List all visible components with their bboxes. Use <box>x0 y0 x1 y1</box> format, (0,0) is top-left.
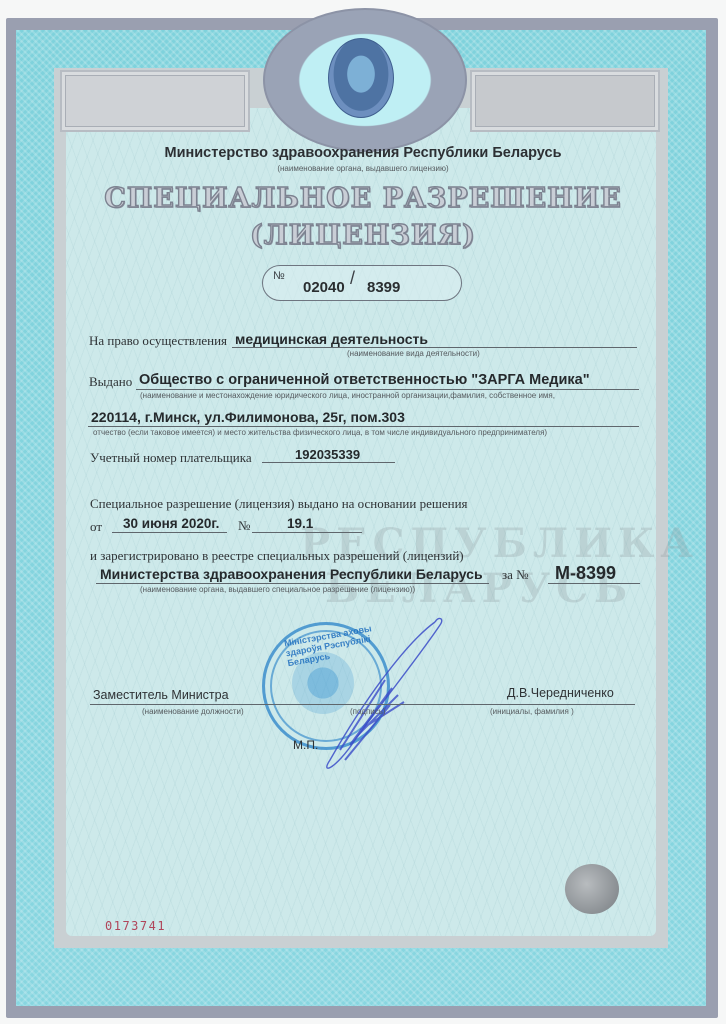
taxpayer-underline <box>262 462 395 463</box>
serial-number: 0173741 <box>105 919 166 933</box>
address-caption: отчество (если таковое имеется) и место … <box>93 428 547 437</box>
header-panel-right <box>470 70 660 132</box>
activity-caption: (наименование вида деятельности) <box>347 349 480 358</box>
signature-icon <box>300 610 450 780</box>
taxpayer-value: 192035339 <box>295 447 360 462</box>
issued-to-value: Общество с ограниченной ответственностью… <box>139 372 590 388</box>
registry-number-prefix: за № <box>502 567 529 583</box>
decision-number-underline <box>252 532 362 533</box>
seal-place-label: М.П. <box>293 738 318 752</box>
hologram-sticker <box>565 864 619 914</box>
decision-date-underline <box>112 532 227 533</box>
decision-date-prefix: от <box>90 519 102 535</box>
signer-position-caption: (наименование должности) <box>142 707 244 716</box>
license-number-separator: / <box>350 268 355 289</box>
registry-number-underline <box>548 583 640 584</box>
document-subtitle: (ЛИЦЕНЗИЯ) <box>0 220 726 251</box>
decision-number: 19.1 <box>287 516 313 531</box>
issued-to-caption: (наименование и местонахождение юридичес… <box>140 391 555 400</box>
decision-date: 30 июня 2020г. <box>123 516 219 531</box>
issued-to-underline <box>136 389 639 390</box>
registry-caption: (наименование органа, выдавшего специаль… <box>140 585 415 594</box>
signature-caption: (подпись) <box>350 707 386 716</box>
license-number-box <box>262 265 462 301</box>
signer-position: Заместитель Министра <box>93 688 229 702</box>
number-symbol: № <box>273 270 285 282</box>
state-emblem-icon <box>328 38 394 118</box>
decision-number-symbol: № <box>238 518 250 534</box>
activity-value: медицинская деятельность <box>235 331 428 347</box>
registry-number: М-8399 <box>555 563 616 584</box>
issued-to-label: Выдано <box>89 374 132 390</box>
registry-authority-underline <box>96 583 489 584</box>
address-value: 220114, г.Минск, ул.Филимонова, 25г, пом… <box>91 409 405 425</box>
registry-label: и зарегистрировано в реестре специальных… <box>90 548 464 564</box>
signature-line <box>90 704 635 705</box>
license-number-part1: 02040 <box>303 279 345 296</box>
activity-label: На право осуществления <box>89 333 227 349</box>
signer-name: Д.В.Чередниченко <box>507 686 614 700</box>
registry-authority: Министерства здравоохранения Республики … <box>100 566 483 582</box>
issuer-header-caption: (наименование органа, выдавшего лицензию… <box>0 164 726 173</box>
taxpayer-label: Учетный номер плательщика <box>90 450 252 466</box>
activity-underline <box>232 347 637 348</box>
decision-label: Специальное разрешение (лицензия) выдано… <box>90 496 468 512</box>
header-panel-left <box>60 70 250 132</box>
address-underline <box>88 426 639 427</box>
signer-name-caption: (инициалы, фамилия ) <box>490 707 574 716</box>
license-number-part2: 8399 <box>367 279 400 296</box>
document-title: СПЕЦИАЛЬНОЕ РАЗРЕШЕНИЕ <box>0 183 726 214</box>
issuer-header: Министерство здравоохранения Республики … <box>0 145 726 161</box>
